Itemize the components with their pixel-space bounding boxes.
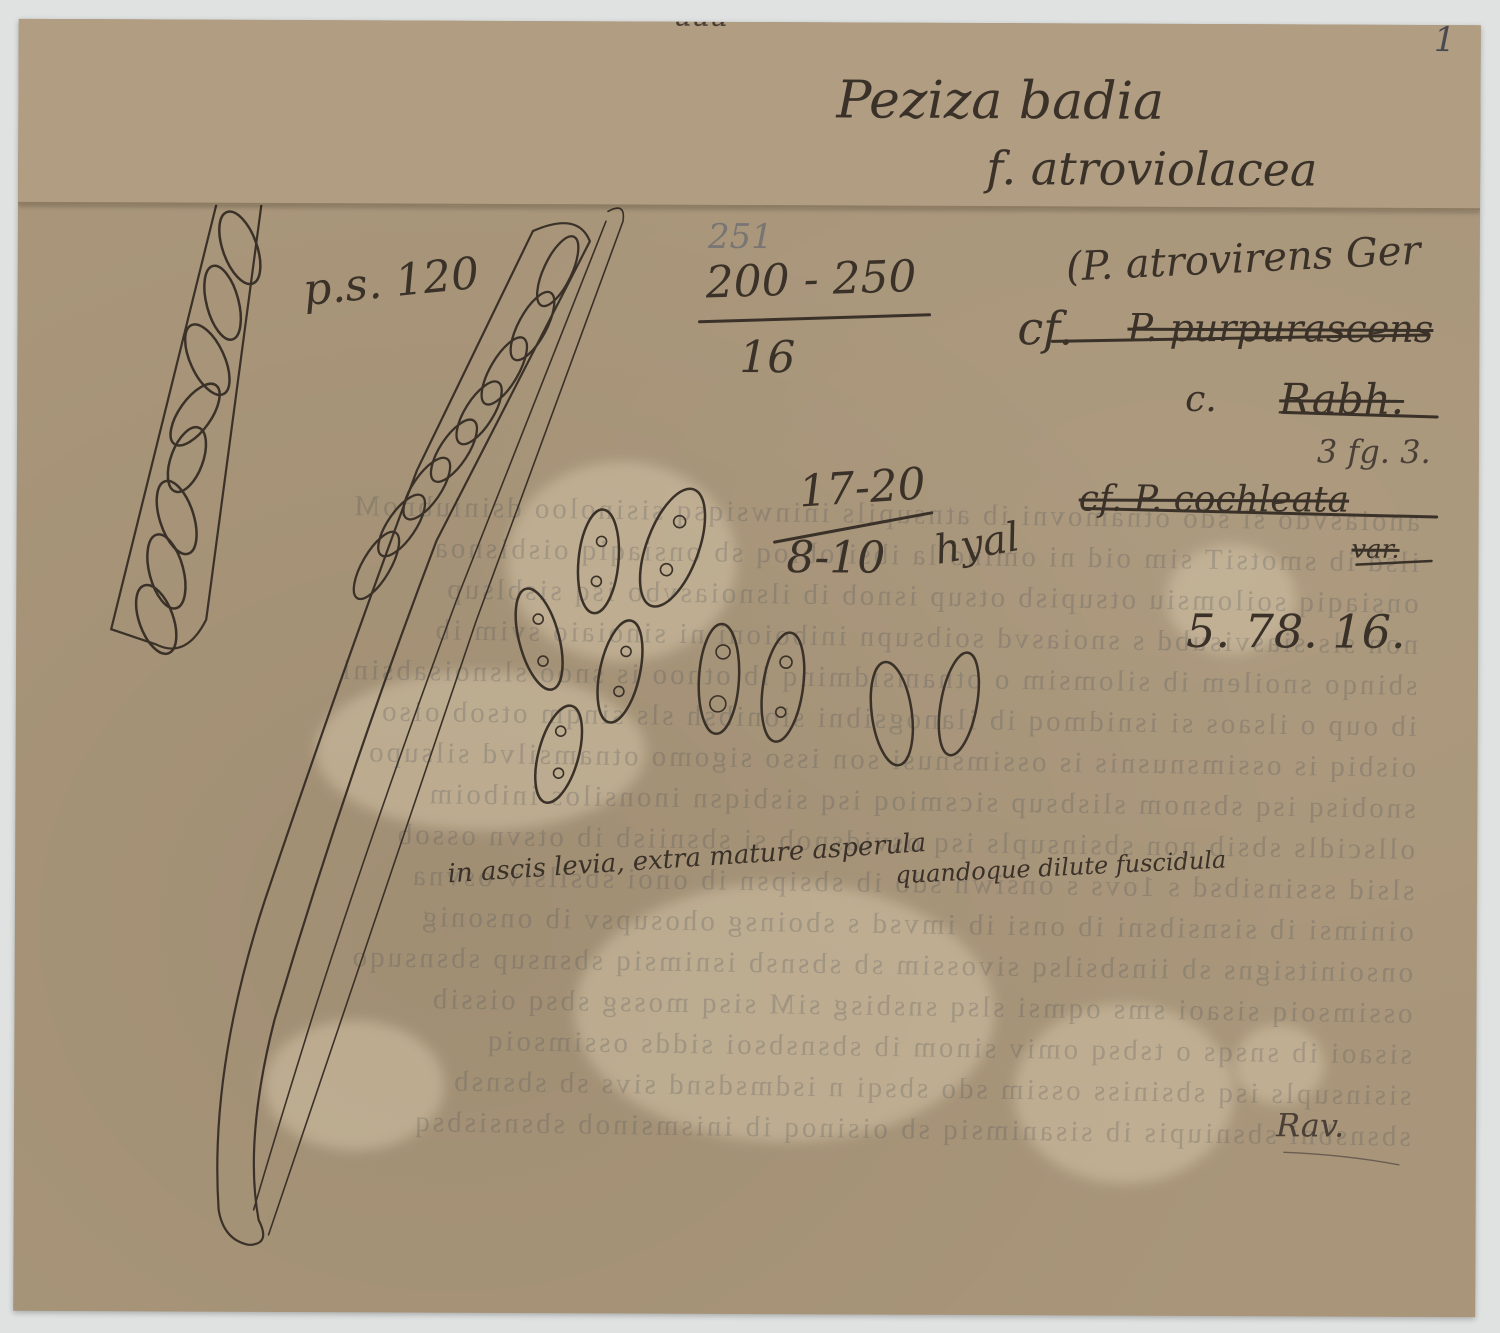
species-form: f. atroviolacea [986,141,1317,196]
collector-initials: Rav. [1276,1106,1345,1144]
ascus-left-outline [111,191,262,649]
synonym-line-2-struck: P. purpurascens [1127,306,1433,351]
collection-date: 5. 78. 16. [1186,604,1406,659]
synonym-line-3-prefix: c. [1185,379,1217,420]
species-name: Peziza badia [836,70,1164,131]
top-edge-fragment: uuu [674,19,728,33]
ascus-center-outline [217,222,590,1247]
synonym-line-2-prefix: cf. [1017,301,1073,355]
asci-and-spores-illustration [13,19,1481,1317]
paraphysis-outline [254,207,624,1237]
specimen-sheet: anoiasvdo si sdo otnamovni ib atnsupils … [13,19,1481,1317]
spore-length: 17-20 [797,458,927,517]
synonym-line-5-struck: cf. P. cochleata [1079,478,1349,520]
asci-length: 200 - 250 [705,251,917,308]
spore-oil-droplets [533,515,793,779]
synonym-line-3-struck: Rabh. [1279,374,1404,424]
asci-width: 16 [739,332,795,383]
free-spores [506,480,987,810]
synonym-line-4: 3 fg. 3. [1317,432,1431,470]
asci-pencil-note: 251 [708,217,773,257]
sheet-number: 1 [1434,20,1456,60]
synonym-line-6-struck: var. [1351,535,1399,565]
spore-width: 8-10 [786,532,885,583]
